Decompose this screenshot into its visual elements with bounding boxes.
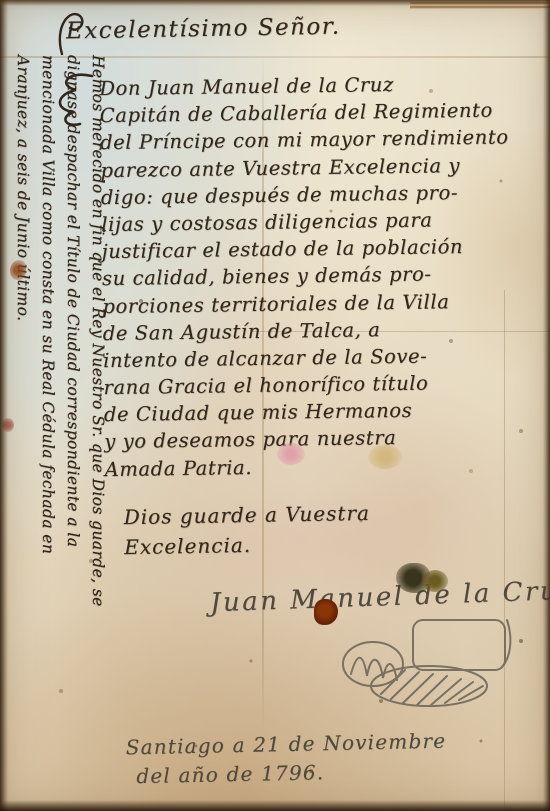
margin-note-line: dignase despachar el Título de Ciudad co…	[60, 55, 85, 717]
ink-blot-margin	[10, 260, 26, 280]
margin-note-line: Aranjuez, a seis de Junio último.	[10, 55, 35, 717]
closing-line: Excelencia.	[124, 528, 371, 562]
corner-flourish-icon	[52, 4, 92, 59]
letter-body: Don Juan Manuel de la Cruz Capitán de Ca…	[99, 69, 550, 483]
dateline: Santiago a 21 de Noviembre del año de 17…	[125, 727, 447, 792]
margin-note: Hemos merecido en fin que el Rey Nuestro…	[10, 55, 110, 717]
closing-line: Dios guarde a Vuestra	[123, 498, 370, 532]
photo-edge-left	[0, 0, 8, 811]
ink-blot-pink	[277, 443, 305, 465]
paper-speckles	[0, 0, 2, 2]
ink-blot-olive	[422, 570, 448, 592]
ink-blot-margin-2	[2, 418, 14, 432]
body-line: Amada Patria.	[104, 449, 550, 482]
signature-rubric-drawing	[335, 612, 515, 712]
closing-formula: Dios guarde a Vuestra Excelencia.	[123, 498, 370, 562]
photo-edge-bottom	[0, 800, 550, 811]
date-line: del año de 1796.	[126, 756, 447, 792]
salutation: Excelentísimo Señor.	[66, 14, 341, 45]
manuscript-page: Hemos merecido en fin que el Rey Nuestro…	[0, 0, 550, 811]
book-page-edges	[410, 0, 550, 9]
opening-flourish-icon	[52, 70, 100, 132]
margin-note-line: mencionada Villa como consta en su Real …	[35, 55, 60, 717]
stain-blot-yellow	[368, 445, 402, 469]
